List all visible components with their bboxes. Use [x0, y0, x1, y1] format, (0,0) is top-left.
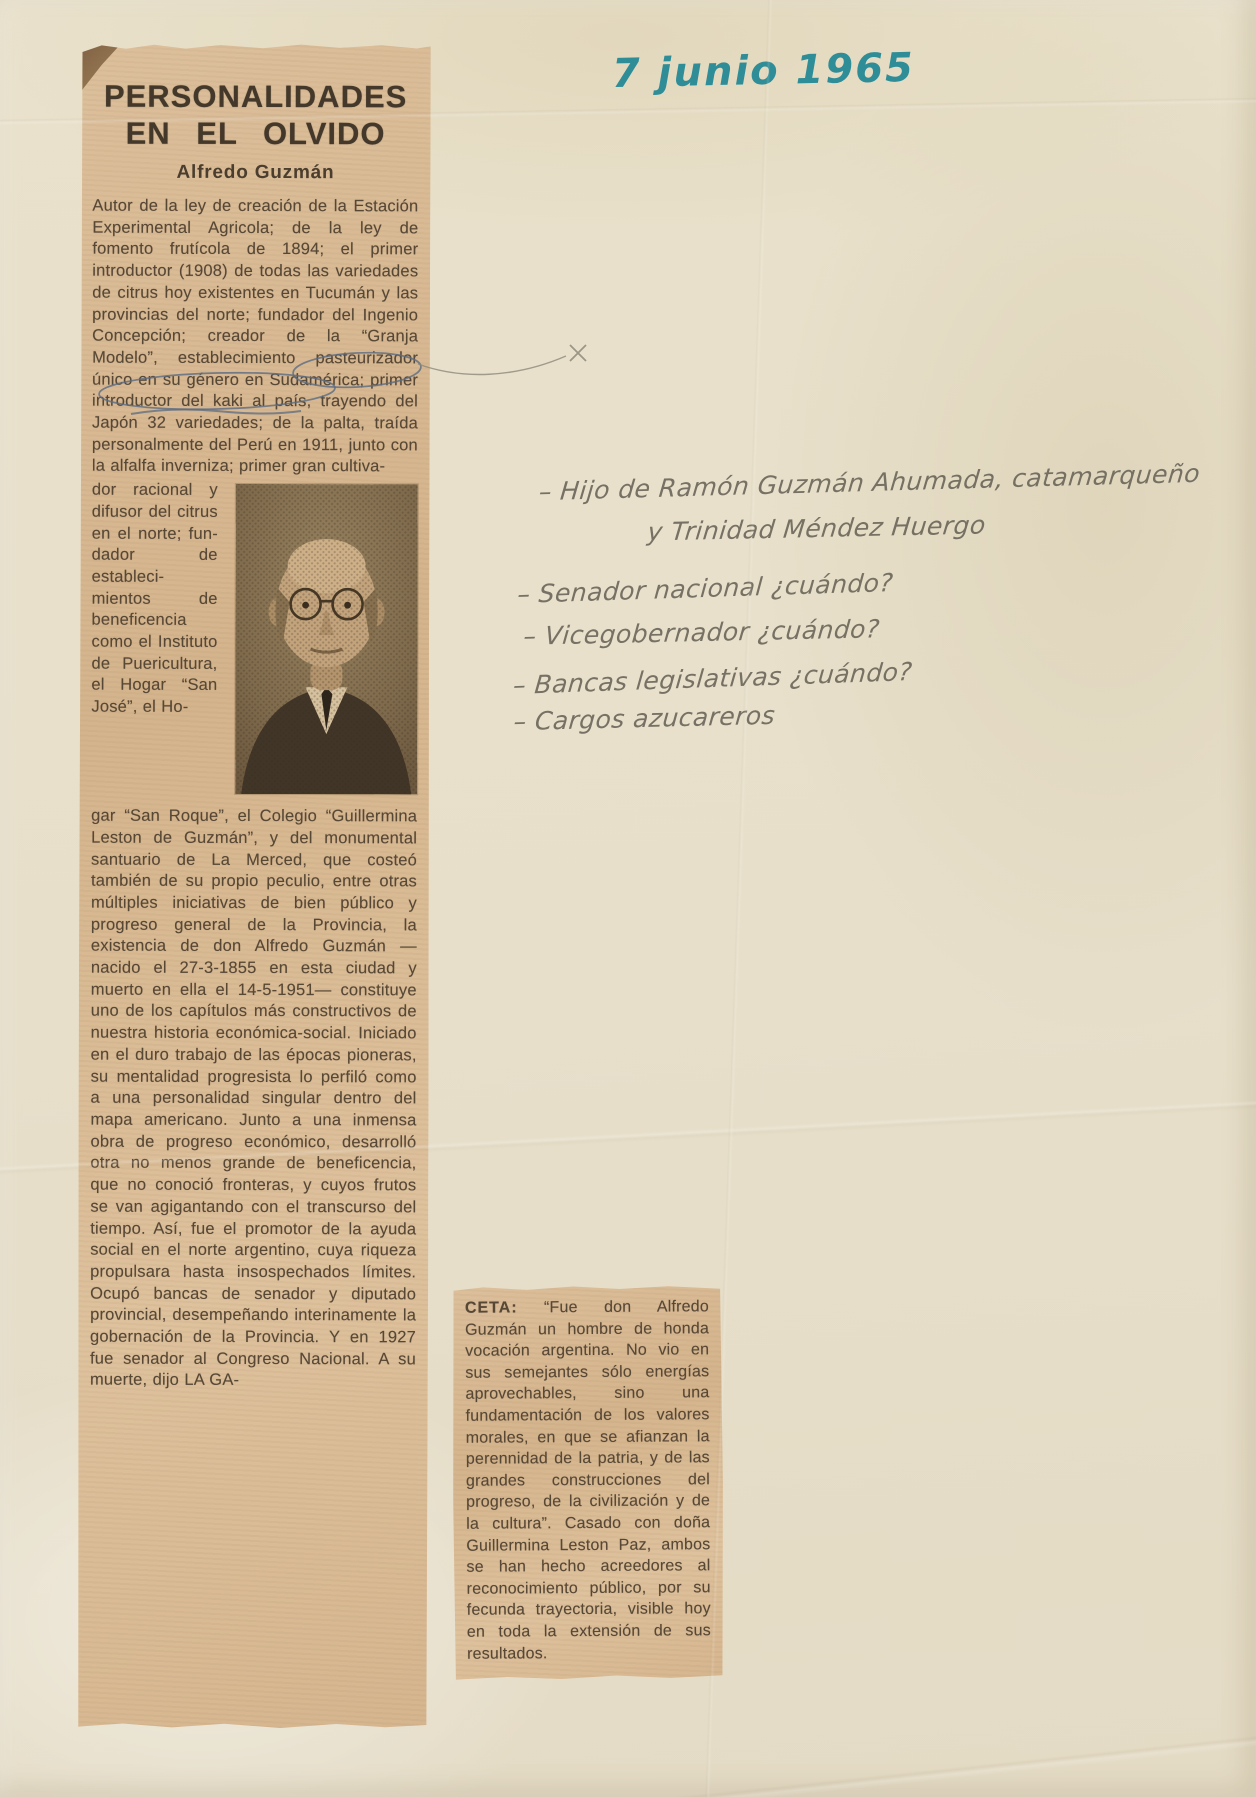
- scrapbook-page: { "palette": { "page_bg": "#e8e0cb", "cl…: [0, 0, 1256, 1797]
- byline: Alfredo Guzmán: [92, 162, 418, 185]
- quote-paragraph: CETA: “Fue don Alfredo Guzmán un hombre …: [465, 1296, 711, 1665]
- pencil-connector-line: [418, 356, 566, 374]
- newspaper-clipping-quote: CETA: “Fue don Alfredo Guzmán un hombre …: [451, 1285, 725, 1681]
- article-intro: Autor de la ley de creación de la Estaci…: [92, 196, 419, 479]
- headline-line1: PERSONALIDADES: [93, 78, 419, 116]
- article-narrow-column: dor racio­nal y difu­sor del ci­trus en …: [91, 480, 218, 794]
- handwritten-note-mother: y Trinidad Méndez Huergo: [646, 510, 987, 546]
- portrait-photo-halftone: [235, 484, 418, 794]
- photo-row: dor racio­nal y difu­sor del ci­trus en …: [91, 480, 418, 795]
- headline: PERSONALIDADES EN EL OLVIDO: [93, 78, 419, 153]
- handwritten-note-parents: – Hijo de Ramón Guzmán Ahumada, catamarq…: [538, 459, 1202, 506]
- handwritten-note-senador: – Senador nacional ¿cuándo?: [516, 568, 894, 609]
- newspaper-clipping-main: PERSONALIDADES EN EL OLVIDO Alfredo Guzm…: [77, 44, 431, 1729]
- pencil-x-mark: [570, 345, 586, 361]
- handwritten-note-vicegobernador: – Vicegobernador ¿cuándo?: [522, 614, 880, 650]
- handwritten-note-cargos: – Cargos azucareros: [513, 701, 777, 736]
- article-continuation: gar “San Roque”, el Colegio “Guillermina…: [90, 806, 417, 1393]
- portrait-photo: [235, 484, 418, 794]
- handwritten-note-bancas: – Bancas legislativas ¿cuándo?: [512, 657, 914, 700]
- clipping-quote-text: “Fue don Alfredo Guzmán un hombre de hon…: [465, 1298, 711, 1662]
- headline-line2: EN EL OLVIDO: [93, 115, 419, 153]
- date-annotation: 7 junio 1965: [612, 45, 916, 97]
- clipping-lead-word: CETA:: [465, 1299, 518, 1316]
